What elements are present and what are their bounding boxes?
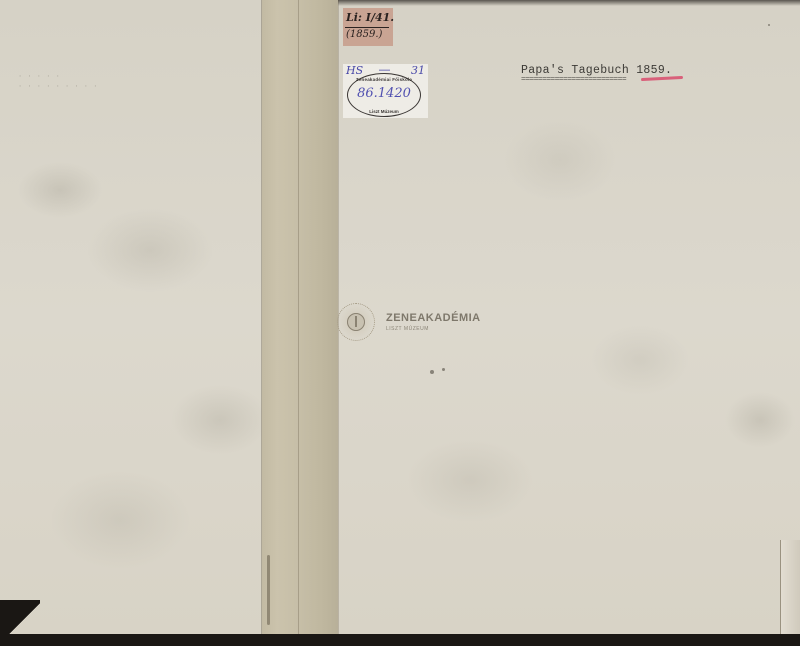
shelf-label-signature: Li: I/41. — [346, 11, 394, 24]
book-spine-tape — [262, 0, 338, 634]
handwritten-number: 31 — [411, 64, 425, 77]
corner-fold-right — [780, 540, 800, 640]
stain-spot — [768, 24, 770, 26]
seal-inner-icon — [347, 313, 365, 331]
stamp-institution: Zeneakadémiai Főiskola — [348, 77, 420, 82]
typed-title-block: Papa's Tagebuch 1859. ==================… — [521, 64, 672, 84]
stain-spot — [442, 368, 445, 371]
scan-bottom-edge — [0, 634, 800, 646]
shelf-label-rule — [345, 27, 389, 28]
accession-number: 86.1420 — [348, 86, 420, 101]
faded-text-line: · · · · · — [18, 72, 98, 82]
faded-text-line: · · · · · · · · · — [18, 82, 98, 92]
top-edge-shadow — [330, 0, 800, 6]
seal-icon — [337, 303, 375, 341]
stain-spot — [430, 370, 434, 374]
faded-text: · · · · · · · · · · · · · · — [18, 72, 98, 92]
stamp-museum: Liszt Múzeum — [348, 109, 420, 114]
watermark-subtitle: LISZT MÚZEUM — [386, 326, 481, 332]
accession-stamp-card: HS — 31 Zeneakadémiai Főiskola 86.1420 L… — [343, 64, 428, 118]
watermark-title: ZENEAKADÉMIA — [386, 312, 481, 324]
handwritten-prefix: HS — [346, 64, 363, 77]
spine-mark — [267, 555, 270, 625]
shelf-label: Li: I/41. (1859.) — [343, 8, 393, 46]
spine-fold-line — [298, 0, 299, 634]
shelf-label-year: (1859.) — [346, 29, 382, 40]
document-page: · · · · · · · · · · · · · · Li: I/41. (1… — [0, 0, 800, 640]
zeneakademia-watermark: ZENEAKADÉMIA LISZT MÚZEUM — [337, 303, 481, 341]
oval-stamp: Zeneakadémiai Főiskola 86.1420 Liszt Múz… — [347, 73, 421, 117]
